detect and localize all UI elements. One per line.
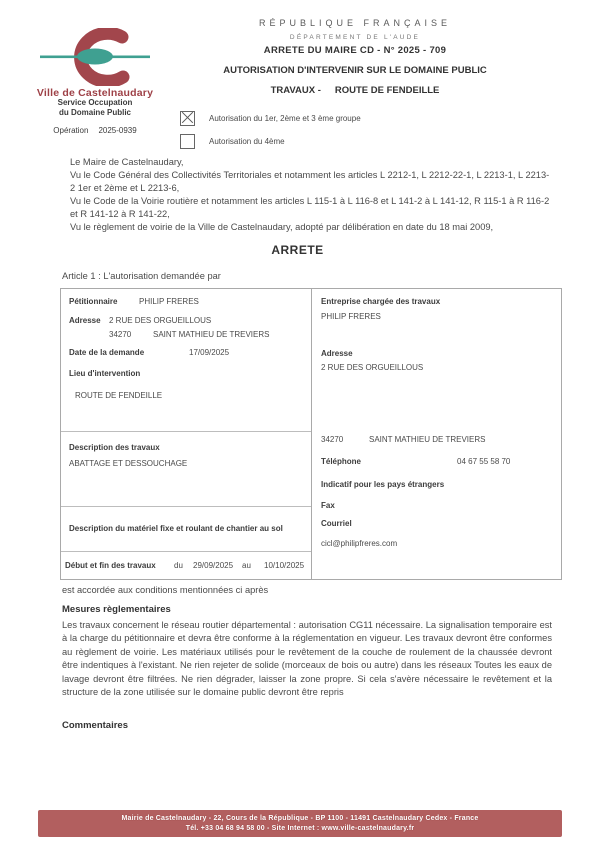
travaux-title: TRAVAUX -ROUTE DE FENDEILLE <box>150 85 560 96</box>
fax-label: Fax <box>321 501 335 510</box>
equipment-description-label: Description du matériel fixe et roulant … <box>69 524 305 533</box>
company-city: SAINT MATHIEU DE TREVIERS <box>369 435 485 444</box>
phone-value: 04 67 55 58 70 <box>457 457 510 466</box>
intervention-location-value: ROUTE DE FENDEILLE <box>75 391 162 400</box>
petitioner-address-value: 2 RUE DES ORGUEILLOUS <box>109 316 211 325</box>
footer-address-line: Mairie de Castelnaudary - 22, Cours de l… <box>38 814 562 824</box>
castelnaudary-logo-icon <box>40 28 150 86</box>
group-authorization-row: Autorisation du 1er, 2ème et 3 ème group… <box>180 111 361 126</box>
phone-label: Téléphone <box>321 457 361 466</box>
preamble-line-3: Vu le Code de la Voirie routière et nota… <box>70 195 552 221</box>
article1-line: Article 1 : L'autorisation demandée par <box>62 271 221 281</box>
document-header: RÉPUBLIQUE FRANÇAISE DÉPARTEMENT DE L'AU… <box>150 18 560 96</box>
operation-number-line: Opération2025-0939 <box>30 126 160 135</box>
regulatory-measures-title: Mesures règlementaires <box>62 604 171 615</box>
authorization-title: AUTORISATION D'INTERVENIR SUR LE DOMAINE… <box>150 65 560 76</box>
travaux-location: ROUTE DE FENDEILLE <box>335 85 440 96</box>
table-row-divider <box>61 551 311 552</box>
petitioner-label: Pétitionnaire <box>69 297 117 306</box>
works-description-value: ABATTAGE ET DESSOUCHAGE <box>69 459 187 468</box>
request-date-label: Date de la demande <box>69 348 144 357</box>
company-address-value: 2 RUE DES ORGUEILLOUS <box>321 363 423 372</box>
republic-title: RÉPUBLIQUE FRANÇAISE <box>150 18 560 28</box>
operation-label: Opération <box>53 126 88 135</box>
department-subtitle: DÉPARTEMENT DE L'AUDE <box>150 34 560 41</box>
city-logo-block: Ville de Castelnaudary Service Occupatio… <box>30 28 160 135</box>
city-name: Ville de Castelnaudary <box>30 88 160 98</box>
intervention-location-label: Lieu d'intervention <box>69 369 140 378</box>
petitioner-city: SAINT MATHIEU DE TREVIERS <box>153 330 269 339</box>
preamble: Le Maire de Castelnaudary, Vu le Code Gé… <box>70 156 552 234</box>
petitioner-zip: 34270 <box>109 330 131 339</box>
works-dates-au: au <box>242 561 251 570</box>
request-date-value: 17/09/2025 <box>189 348 229 357</box>
document-page: Ville de Castelnaudary Service Occupatio… <box>0 0 595 842</box>
intl-prefix-label: Indicatif pour les pays étrangers <box>321 480 444 489</box>
email-label: Courriel <box>321 519 352 528</box>
table-row-divider <box>61 506 311 507</box>
group4-authorization-row: Autorisation du 4ème <box>180 134 285 149</box>
table-column-divider <box>311 289 312 579</box>
travaux-label: TRAVAUX - <box>271 85 321 96</box>
checkbox-checked-icon <box>180 111 195 126</box>
company-label: Entreprise chargée des travaux <box>321 297 440 306</box>
checkbox-empty-icon <box>180 134 195 149</box>
preamble-line-4: Vu le règlement de voirie de la Ville de… <box>70 221 552 234</box>
company-address-label: Adresse <box>321 349 353 358</box>
arrete-number-title: ARRETE DU MAIRE CD - N° 2025 - 709 <box>150 45 560 56</box>
works-description-label: Description des travaux <box>69 443 160 452</box>
regulatory-measures-body: Les travaux concernent le réseau routier… <box>62 619 552 699</box>
footer-contact-line: Tél. +33 04 68 94 58 00 - Site Internet … <box>38 824 562 834</box>
company-zip: 34270 <box>321 435 343 444</box>
table-row-divider <box>61 431 311 432</box>
service-line-2: du Domaine Public <box>30 108 160 118</box>
works-dates-du: du <box>174 561 183 570</box>
footer-band: Mairie de Castelnaudary - 22, Cours de l… <box>38 810 562 837</box>
service-line-1: Service Occupation <box>30 98 160 108</box>
arrete-heading: ARRETE <box>0 243 595 257</box>
preamble-line-2: Vu le Code Général des Collectivités Ter… <box>70 169 552 195</box>
granted-conditions-line: est accordée aux conditions mentionnées … <box>62 585 268 595</box>
operation-number: 2025-0939 <box>98 126 136 135</box>
preamble-line-1: Le Maire de Castelnaudary, <box>70 156 552 169</box>
petitioner-address-label: Adresse <box>69 316 101 325</box>
works-dates-label: Début et fin des travaux <box>65 561 156 570</box>
works-end-date: 10/10/2025 <box>264 561 304 570</box>
company-value: PHILIP FRERES <box>321 312 381 321</box>
authorization-form-table: Pétitionnaire PHILIP FRERES Adresse 2 RU… <box>60 288 562 580</box>
comments-title: Commentaires <box>62 720 128 731</box>
email-value: cicl@philipfreres.com <box>321 539 397 548</box>
checkbox1-label: Autorisation du 1er, 2ème et 3 ème group… <box>209 114 361 123</box>
petitioner-value: PHILIP FRERES <box>139 297 199 306</box>
checkbox2-label: Autorisation du 4ème <box>209 137 285 146</box>
works-start-date: 29/09/2025 <box>193 561 233 570</box>
